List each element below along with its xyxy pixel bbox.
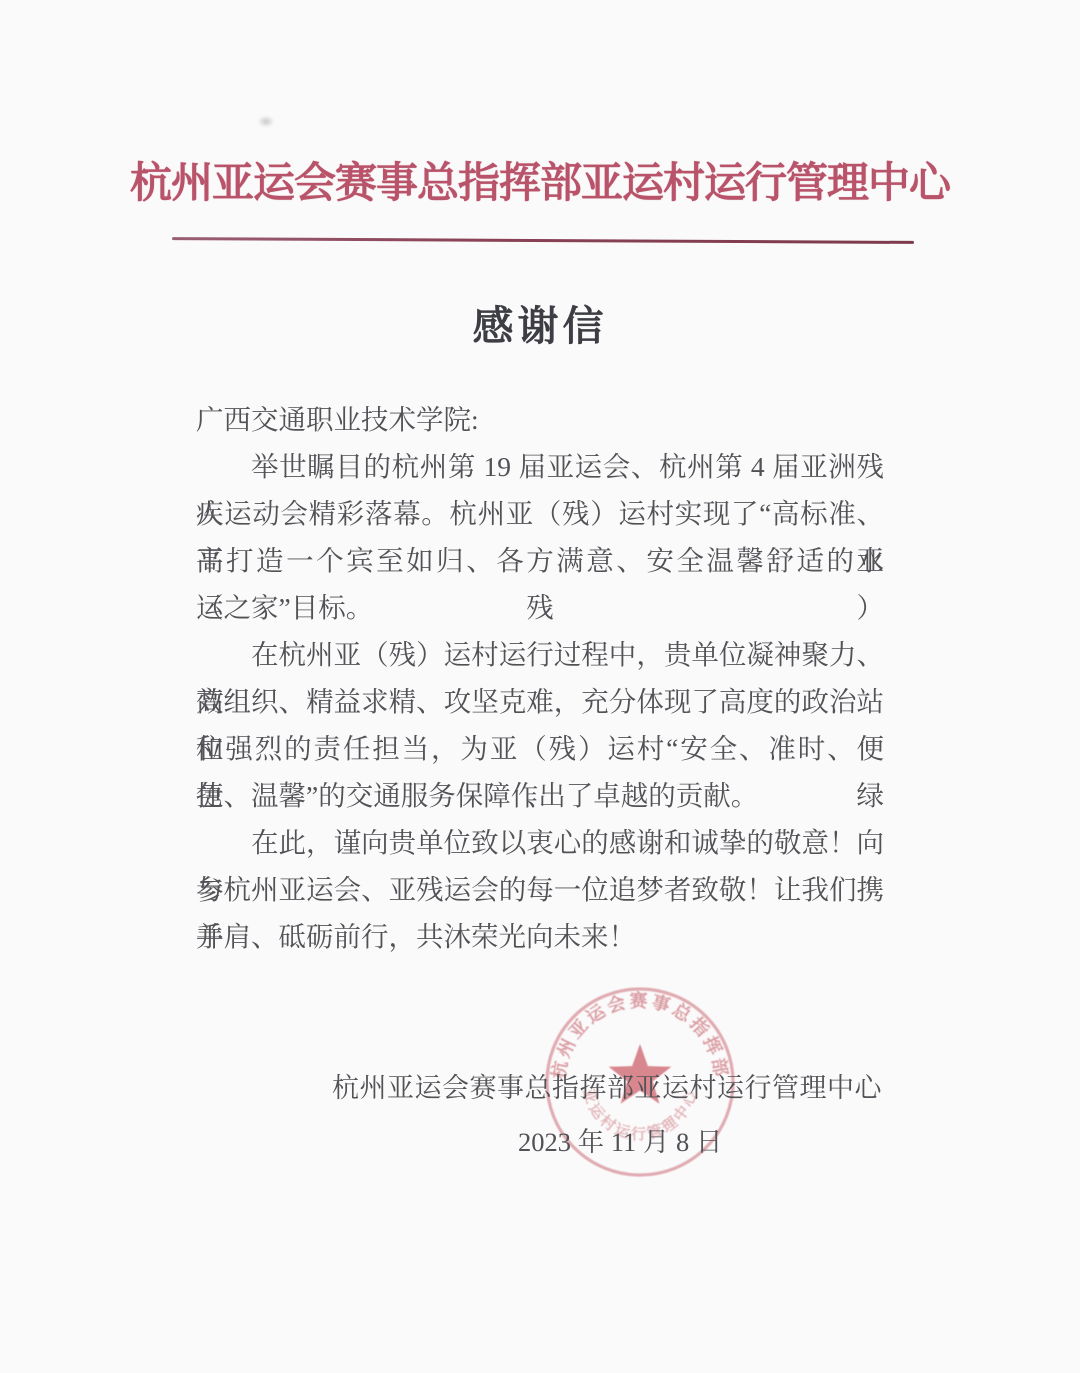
letterhead-divider-rule bbox=[172, 237, 914, 244]
salutation: 广西交通职业技术学院: bbox=[196, 396, 884, 443]
signature-org-name: 杭州亚运会赛事总指挥部亚运村运行管理中心 bbox=[332, 1066, 882, 1105]
body-line: 人运动会精彩落幕。杭州亚（残）运村实现了“高标准、高水 bbox=[196, 490, 884, 537]
body-line: 和强烈的责任担当，为亚（残）运村“安全、准时、便捷、绿 bbox=[196, 725, 884, 772]
body-line: 平打造一个宾至如归、各方满意、安全温馨舒适的亚（残） bbox=[196, 537, 884, 584]
letter-body: 广西交通职业技术学院: 举世瞩目的杭州第 19 届亚运会、杭州第 4 届亚洲残疾… bbox=[196, 396, 884, 960]
body-line: 与杭州亚运会、亚残运会的每一位追梦者致敬！让我们携手 bbox=[196, 866, 884, 913]
body-line: 效组织、精益求精、攻坚克难，充分体现了高度的政治站位 bbox=[196, 678, 884, 725]
body-line: 举世瞩目的杭州第 19 届亚运会、杭州第 4 届亚洲残疾 bbox=[196, 443, 884, 490]
body-line: 在杭州亚（残）运村运行过程中，贵单位凝神聚力、高 bbox=[196, 631, 884, 678]
letterhead-org-title: 杭州亚运会赛事总指挥部亚运村运行管理中心 bbox=[0, 150, 1080, 210]
letter-title: 感谢信 bbox=[0, 293, 1080, 352]
body-line: 并肩、砥砺前行，共沐荣光向未来！ bbox=[196, 913, 884, 960]
scan-smudge bbox=[258, 116, 274, 127]
letter-date: 2023 年 11 月 8 日 bbox=[518, 1120, 722, 1159]
scanned-letter-page: { "letter": { "org_header": "杭州亚运会赛事总指挥部… bbox=[0, 0, 1080, 1373]
body-line: 在此，谨向贵单位致以衷心的感谢和诚挚的敬意！向参 bbox=[196, 819, 884, 866]
